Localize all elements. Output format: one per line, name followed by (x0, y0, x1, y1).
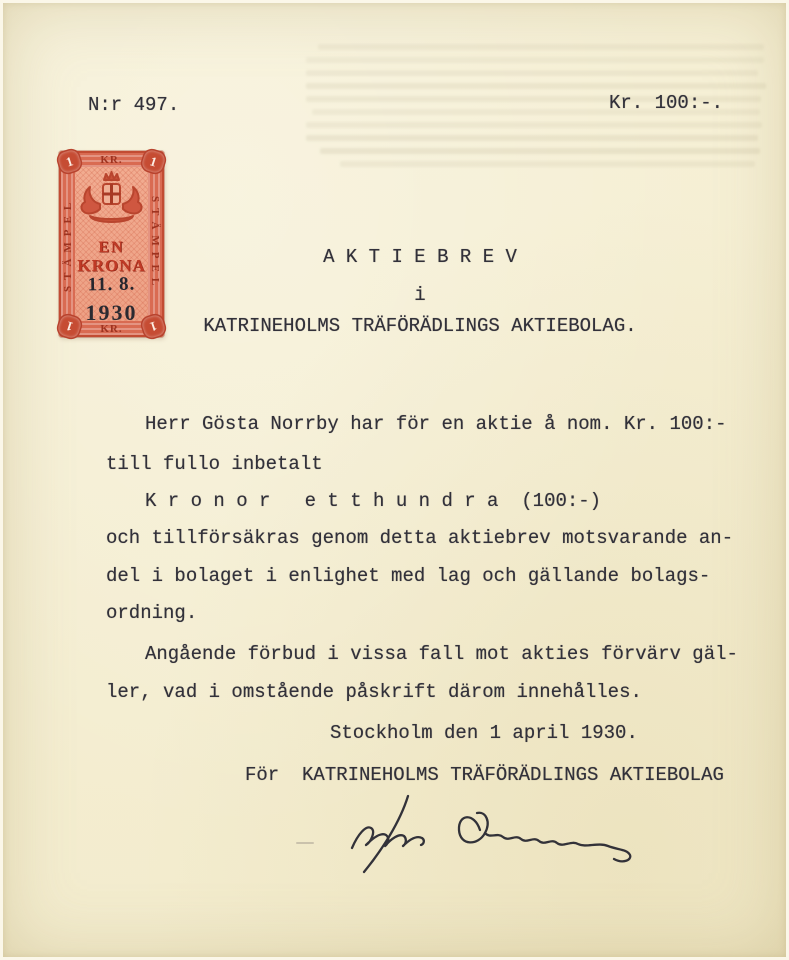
bleed-line (306, 83, 766, 89)
bleed-line (306, 122, 762, 128)
nominal-amount: Kr. 100:-. (609, 91, 723, 115)
pencil-mark (296, 842, 314, 844)
revenue-stamp: 1 1 1 1 KR. KR. STÄMPEL STÄMPEL EN KRONA… (59, 151, 164, 337)
coat-of-arms-icon (76, 168, 147, 240)
bleed-line (306, 57, 764, 63)
document-title: A K T I E B R E V (50, 245, 789, 269)
body-line: del i bolaget i enlighet med lag och gäl… (106, 564, 710, 588)
body-line: ler, vad i omstående påskrift därom inne… (106, 680, 642, 704)
bleed-line (340, 161, 755, 167)
document-title-connector: i (50, 283, 789, 307)
bleed-line (318, 44, 764, 50)
dateline: Stockholm den 1 april 1930. (330, 721, 638, 745)
company-name-title: KATRINEHOLMS TRÄFÖRÄDLINGS AKTIEBOLAG. (50, 314, 789, 338)
bleed-line (306, 70, 758, 76)
share-certificate-document: { "document": { "header": { "number_labe… (0, 0, 789, 960)
body-line: ordning. (106, 601, 197, 625)
stamp-kr-top-label: KR. (61, 154, 162, 166)
bleed-line (306, 135, 758, 141)
body-line: K r o n o r e t t h u n d r a (100:-) (145, 489, 601, 513)
body-line: Angående förbud i vissa fall mot akties … (145, 642, 738, 666)
body-line: till fullo inbetalt (106, 452, 323, 476)
certificate-number: N:r 497. (88, 93, 179, 117)
handwritten-signature (318, 782, 648, 917)
bleed-line (320, 148, 760, 154)
body-line: och tillförsäkras genom detta aktiebrev … (106, 526, 733, 550)
body-line: Herr Gösta Norrby har för en aktie å nom… (145, 412, 727, 436)
